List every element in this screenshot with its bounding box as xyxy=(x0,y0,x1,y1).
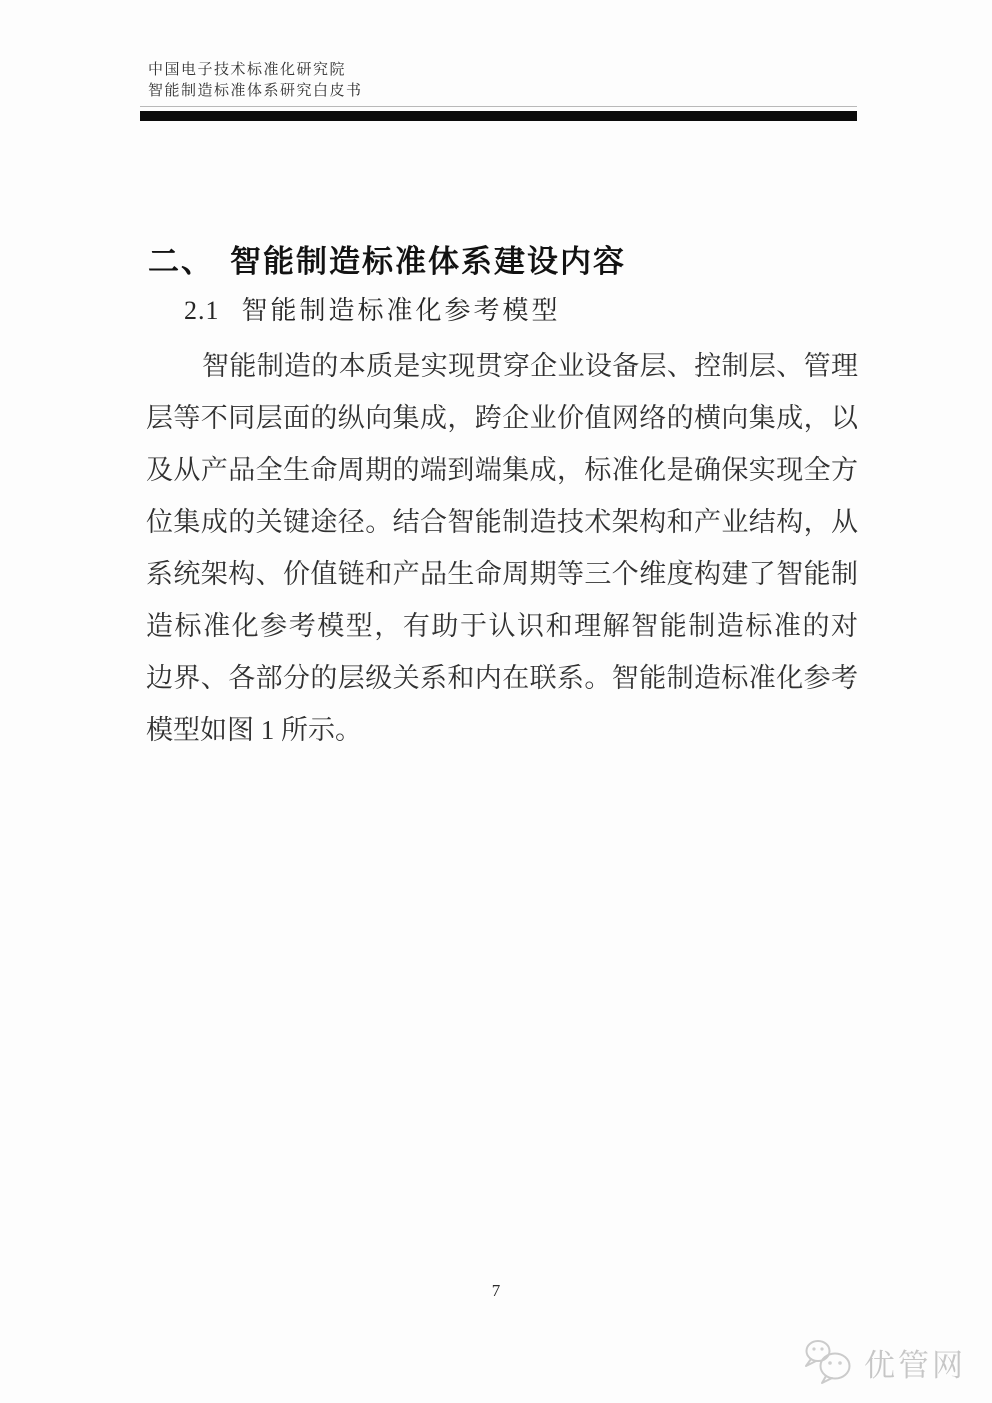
body-line: 及从产品全生命周期的端到端集成，标准化是确保实现全方 xyxy=(146,444,858,496)
header-rule-thin xyxy=(140,106,857,107)
body-line: 造标准化参考模型，有助于认识和理解智能制造标准的对象、 xyxy=(146,600,858,652)
section-number: 二、 xyxy=(148,244,214,279)
body-line: 系统架构、价值链和产品生命周期等三个维度构建了智能制 xyxy=(146,548,858,600)
body-line: 智能制造的本质是实现贯穿企业设备层、控制层、管理 xyxy=(146,340,858,392)
body-line: 模型如图 1 所示。 xyxy=(146,704,858,756)
subsection-title: 智能制造标准化参考模型 xyxy=(242,296,561,325)
header-line-institute: 中国电子技术标准化研究院 xyxy=(148,60,363,81)
running-header: 中国电子技术标准化研究院 智能制造标准体系研究白皮书 xyxy=(148,60,363,102)
body-line: 层等不同层面的纵向集成，跨企业价值网络的横向集成，以 xyxy=(146,392,858,444)
body-line: 位集成的关键途径。结合智能制造技术架构和产业结构，从 xyxy=(146,496,858,548)
paragraph: 智能制造的本质是实现贯穿企业设备层、控制层、管理层等不同层面的纵向集成，跨企业价… xyxy=(146,340,858,756)
chat-bubbles-icon xyxy=(802,1338,858,1386)
subsection-heading: 2.1智能制造标准化参考模型 xyxy=(184,290,561,327)
section-title: 智能制造标准体系建设内容 xyxy=(230,244,626,279)
section-heading: 二、智能制造标准体系建设内容 xyxy=(148,236,626,281)
page-number: 7 xyxy=(0,1281,992,1301)
document-page: 中国电子技术标准化研究院 智能制造标准体系研究白皮书 二、智能制造标准体系建设内… xyxy=(0,0,992,1403)
body-line: 边界、各部分的层级关系和内在联系。智能制造标准化参考 xyxy=(146,652,858,704)
header-line-title: 智能制造标准体系研究白皮书 xyxy=(148,81,363,102)
header-rule-thick xyxy=(140,111,857,121)
subsection-number: 2.1 xyxy=(184,296,220,325)
watermark: 优管网 xyxy=(802,1338,966,1386)
watermark-text: 优管网 xyxy=(864,1340,966,1385)
